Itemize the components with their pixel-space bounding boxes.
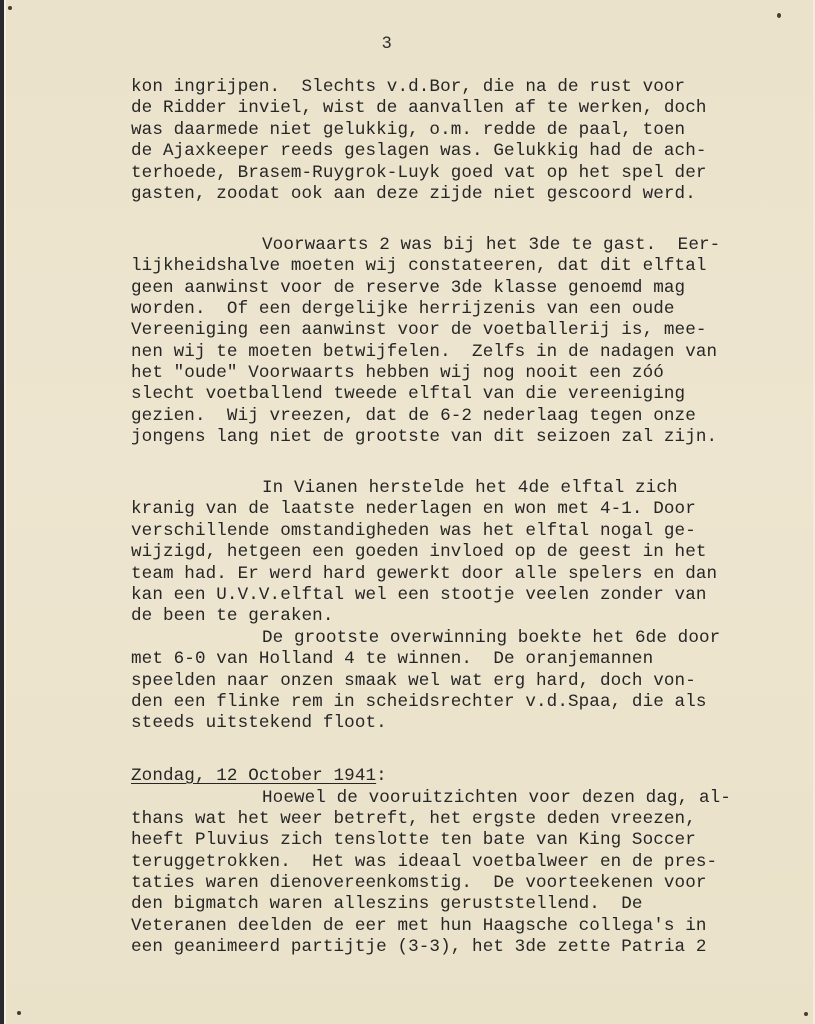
text-line: den bigmatch waren alleszins geruststell… (131, 894, 811, 915)
text-line: jongens lang niet de grootste van dit se… (131, 427, 811, 448)
text-line: verschillende omstandigheden was het elf… (131, 521, 811, 542)
paragraph-gap (131, 735, 811, 756)
text-line: speelden naar onzen smaak wel wat erg ha… (131, 671, 811, 692)
text-line: een geanimeerd partijtje (3-3), het 3de … (131, 937, 811, 958)
paper-blemish (17, 1011, 21, 1015)
text-line: steeds uitstekend floot. (131, 713, 811, 734)
paragraph-gap (131, 205, 811, 226)
paragraph-4: De grootste overwinning boekte het 6de d… (131, 628, 811, 735)
text-line: Hoewel de vooruitzichten voor dezen dag,… (131, 788, 811, 809)
text-line: Voorwaarts 2 was bij het 3de te gast. Ee… (131, 235, 811, 256)
page-number: 3 (382, 33, 391, 53)
text-line: In Vianen herstelde het 4de elftal zich (131, 478, 811, 499)
document-page: 3 kon ingrijpen. Slechts v.d.Bor, die na… (0, 0, 815, 1024)
text-line: de Ridder inviel, wist de aanvallen af t… (131, 98, 811, 119)
text-line: taties waren dienovereenkomstig. De voor… (131, 873, 811, 894)
text-line: geen aanwinst voor de reserve 3de klasse… (131, 278, 811, 299)
paragraph-2: Voorwaarts 2 was bij het 3de te gast. Ee… (131, 235, 811, 449)
text-line: het "oude" Voorwaarts hebben wij nog noo… (131, 363, 811, 384)
text-line: slecht voetballend tweede elftal van die… (131, 384, 811, 405)
text-line: thans wat het weer betreft, het ergste d… (131, 809, 811, 830)
text-line: de Ajaxkeeper reeds geslagen was. Gelukk… (131, 141, 811, 162)
paragraph-gap (131, 449, 811, 470)
text-line: de been te geraken. (131, 606, 811, 627)
text-line: den een flinke rem in scheidsrechter v.d… (131, 692, 811, 713)
text-line: lijkheidshalve moeten wij constateeren, … (131, 256, 811, 277)
text-line: kan een U.V.V.elftal wel een stootje vee… (131, 585, 811, 606)
text-line: Vereeniging een aanwinst voor de voetbal… (131, 320, 811, 341)
text-line: team had. Er werd hard gewerkt door alle… (131, 564, 811, 585)
text-line: gezien. Wij vreezen, dat de 6-2 nederlaa… (131, 406, 811, 427)
text-line: De grootste overwinning boekte het 6de d… (131, 628, 811, 649)
paper-blemish (777, 13, 781, 18)
text-line: Veteranen deelden de eer met hun Haagsch… (131, 916, 811, 937)
page-left-edge-highlight (4, 0, 6, 1024)
paper-blemish (804, 1012, 808, 1016)
text-line: wijzigd, hetgeen een goeden invloed op d… (131, 542, 811, 563)
text-line: terhoede, Brasem-Ruygrok-Luyk goed vat o… (131, 163, 811, 184)
text-line: kon ingrijpen. Slechts v.d.Bor, die na d… (131, 77, 811, 98)
text-line: heeft Pluvius zich tenslotte ten bate va… (131, 830, 811, 851)
section-zondag: Zondag, 12 October 1941: Hoewel de vooru… (131, 766, 811, 959)
typewritten-body: kon ingrijpen. Slechts v.d.Bor, die na d… (131, 77, 811, 959)
paragraph-1: kon ingrijpen. Slechts v.d.Bor, die na d… (131, 77, 811, 205)
section-heading-colon: : (376, 766, 387, 786)
section-heading: Zondag, 12 October 1941 (131, 766, 376, 786)
section-heading-line: Zondag, 12 October 1941: (131, 766, 811, 787)
text-line: worden. Of een dergelijke herrijzenis va… (131, 299, 811, 320)
paragraph-3: In Vianen herstelde het 4de elftal zich … (131, 478, 811, 628)
text-line: was daarmede niet gelukkig, o.m. redde d… (131, 120, 811, 141)
text-line: met 6-0 van Holland 4 te winnen. De oran… (131, 649, 811, 670)
text-line: teruggetrokken. Het was ideaal voetbalwe… (131, 852, 811, 873)
paper-blemish (8, 6, 12, 10)
text-line: kranig van de laatste nederlagen en won … (131, 499, 811, 520)
text-line: gasten, zoodat ook aan deze zijde niet g… (131, 184, 811, 205)
text-line: nen wij te moeten betwijfelen. Zelfs in … (131, 342, 811, 363)
